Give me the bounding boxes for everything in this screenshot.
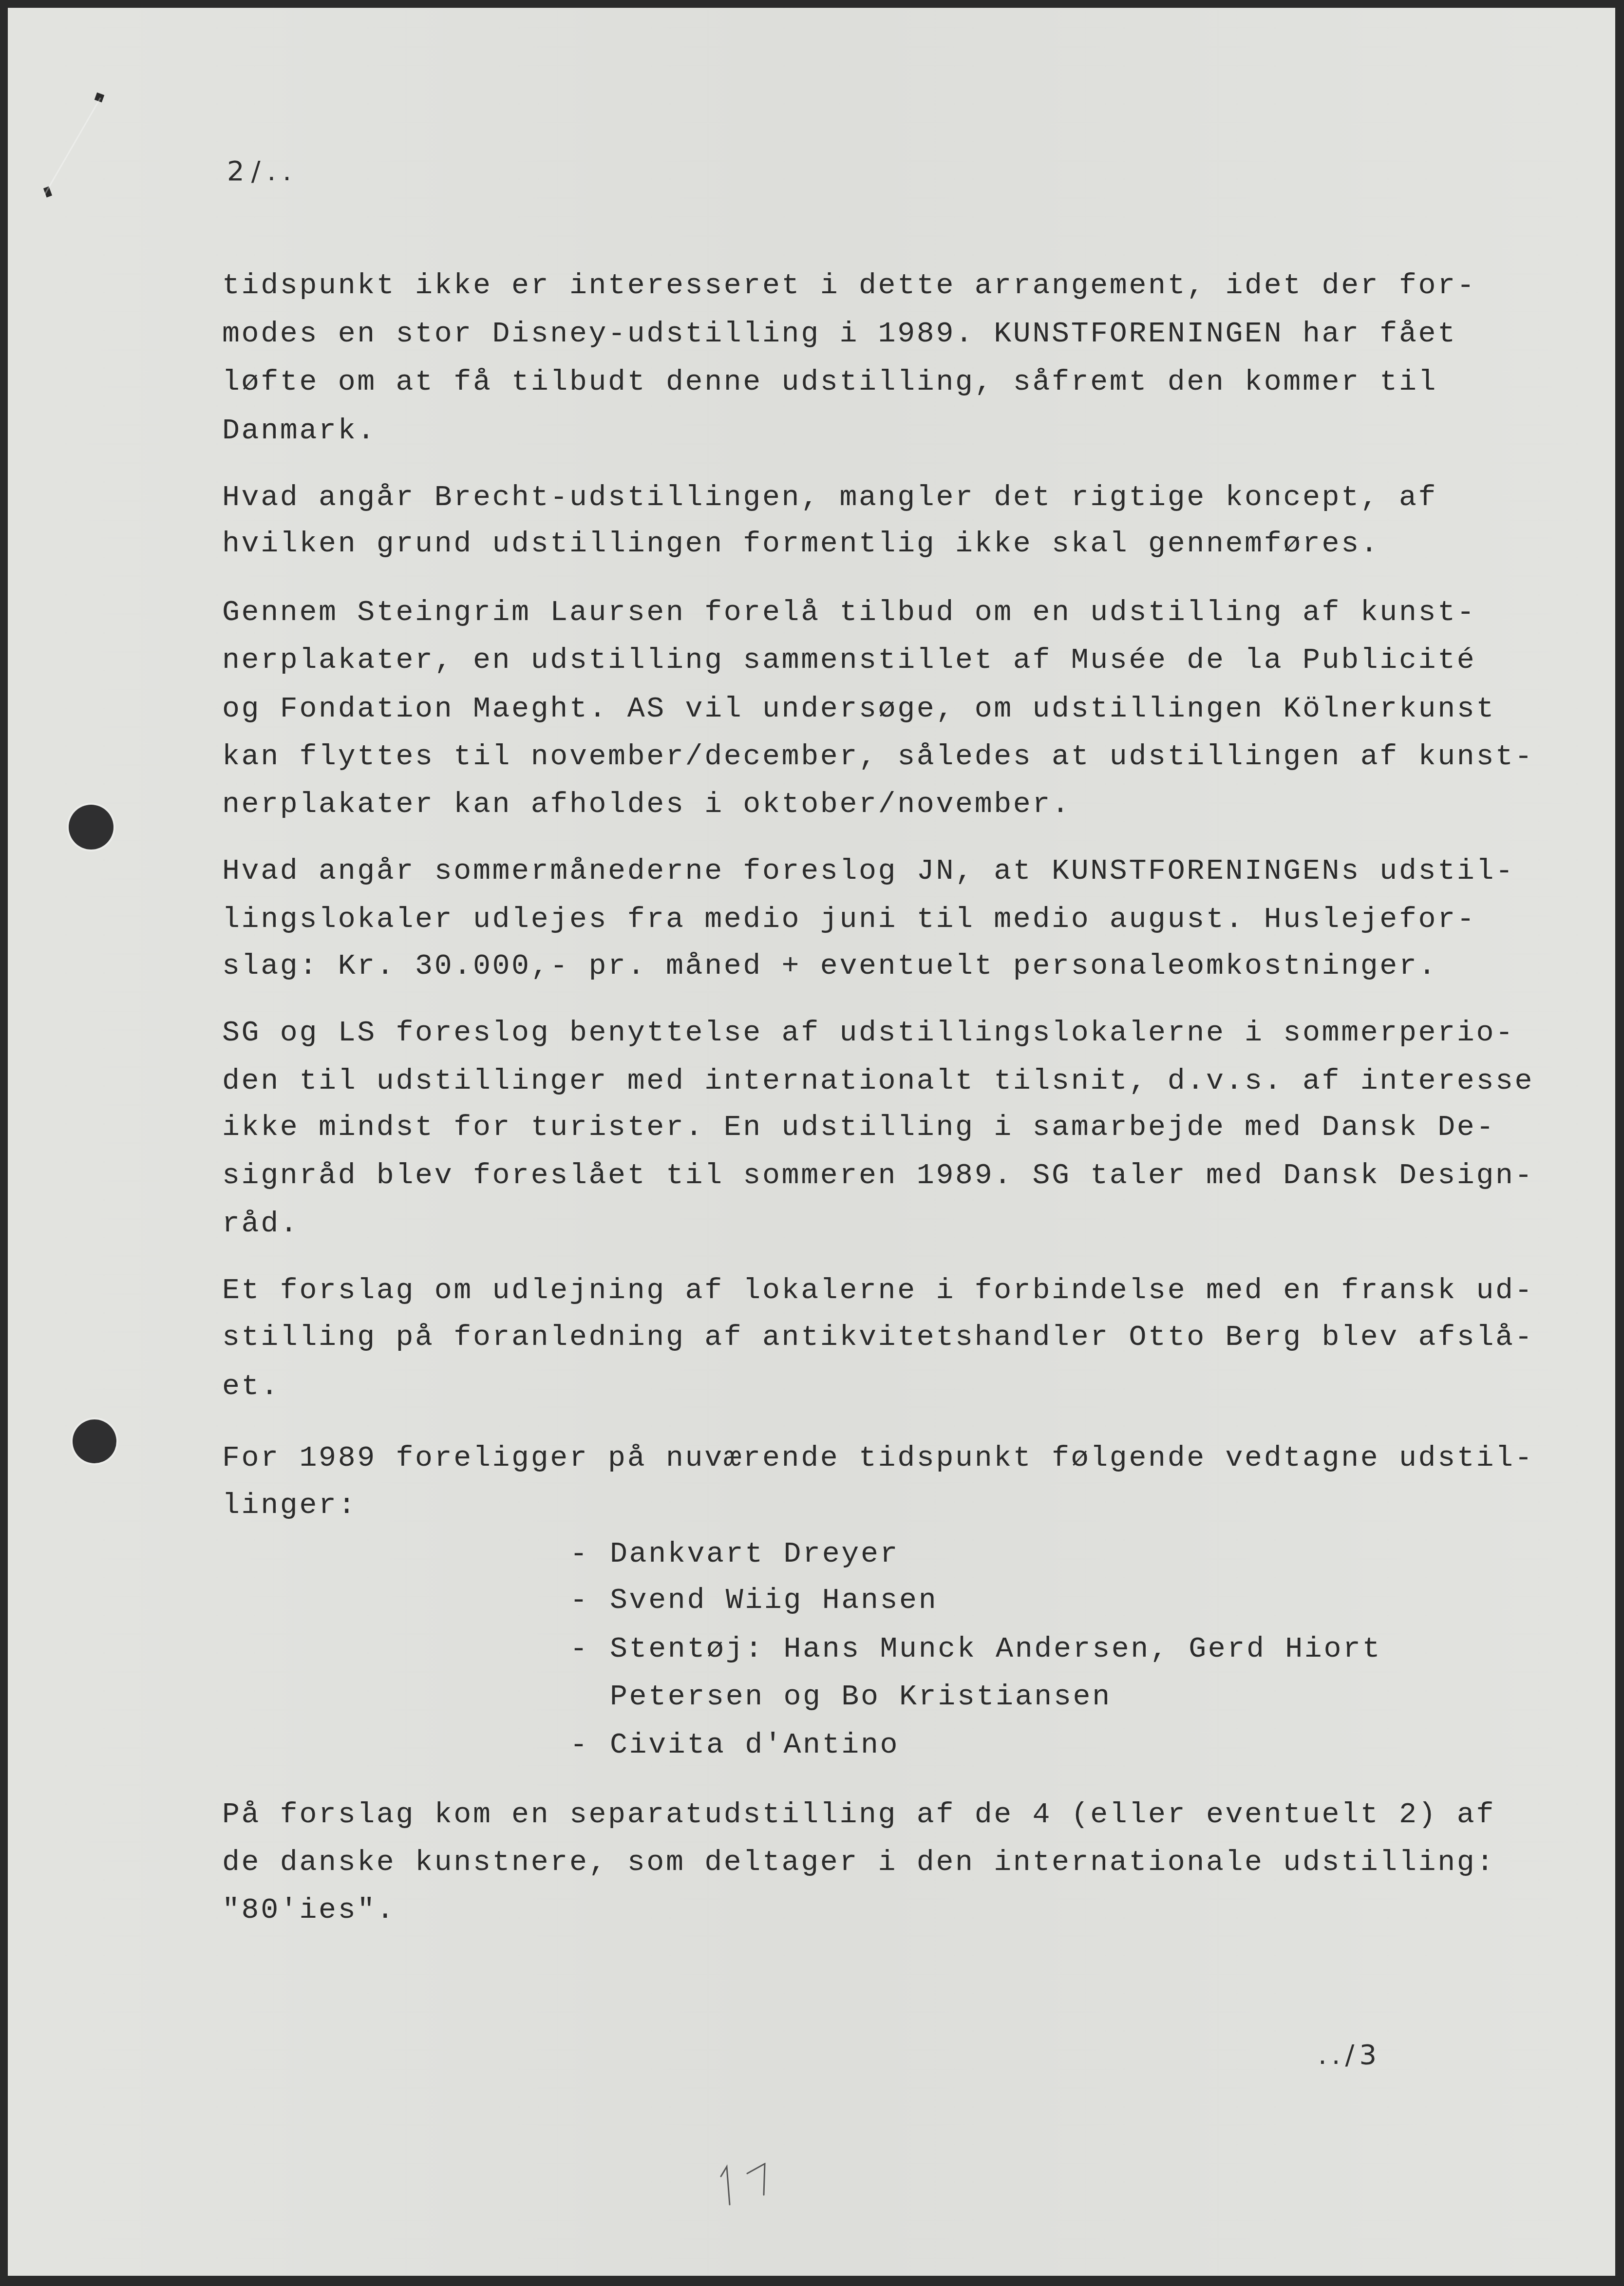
paragraph-2-line-1: Hvad angår Brecht-udstillingen, mangler …	[222, 483, 1437, 512]
paragraph-4-line-1: Hvad angår sommermånederne foreslog JN, …	[222, 857, 1515, 886]
list-item: Stentøj: Hans Munck Andersen, Gerd Hiort	[610, 1635, 1381, 1664]
punch-hole-lower	[73, 1419, 116, 1463]
closing-paragraph-line-3: "80'ies".	[222, 1896, 396, 1925]
list-item-dash: -	[570, 1731, 589, 1760]
paragraph-4-line-3: slag: Kr. 30.000,- pr. måned + eventuelt…	[222, 952, 1437, 981]
paragraph-6-line-1: Et forslag om udlejning af lokalerne i f…	[222, 1276, 1534, 1305]
paragraph-3-line-4: kan flyttes til november/december, såled…	[222, 742, 1534, 772]
paragraph-5-line-2: den til udstillinger med internationalt …	[222, 1067, 1534, 1096]
paragraph-3-line-5: nerplakater kan afholdes i oktober/novem…	[222, 790, 1071, 819]
paragraph-6-line-2: stilling på foranledning af antikvitetsh…	[222, 1323, 1534, 1352]
list-item: Dankvart Dreyer	[610, 1540, 899, 1569]
list-item-continuation: Petersen og Bo Kristiansen	[610, 1682, 1112, 1712]
closing-paragraph-line-2: de danske kunstnere, som deltager i den …	[222, 1848, 1495, 1877]
punch-hole-upper	[69, 805, 113, 850]
paragraph-5-line-3: ikke mindst for turister. En udstilling …	[222, 1113, 1495, 1142]
paragraph-7-line-2: linger:	[222, 1491, 357, 1520]
paragraph-7-line-1: For 1989 foreligger på nuværende tidspun…	[222, 1444, 1534, 1473]
handwritten-page-number: 11	[720, 2163, 769, 2207]
paragraph-3-line-2: nerplakater, en udstilling sammenstillet…	[222, 646, 1476, 675]
paragraph-2-line-2: hvilken grund udstillingen formentlig ik…	[222, 529, 1379, 559]
paragraph-5-line-5: råd.	[222, 1209, 299, 1239]
list-item-dash: -	[570, 1586, 589, 1615]
paragraph-1-line-2: modes en stor Disney-udstilling i 1989. …	[222, 320, 1457, 349]
paragraph-1-line-3: løfte om at få tilbudt denne udstilling,…	[222, 368, 1437, 397]
list-item: Civita d'Antino	[610, 1731, 899, 1760]
paragraph-6-line-3: et.	[222, 1372, 280, 1401]
paragraph-5-line-4: signråd blev foreslået til sommeren 1989…	[222, 1161, 1534, 1190]
paragraph-3-line-3: og Fondation Maeght. AS vil undersøge, o…	[222, 695, 1495, 724]
list-item: Svend Wiig Hansen	[610, 1586, 938, 1615]
paragraph-1-line-4: Danmark.	[222, 416, 377, 446]
paragraph-1-line-1: tidspunkt ikke er interesseret i dette a…	[222, 271, 1476, 301]
page-continuation-header: 2/..	[227, 157, 298, 186]
next-page-footer: ../3	[1318, 2040, 1381, 2070]
list-item-dash: -	[570, 1635, 589, 1664]
paragraph-5-line-1: SG og LS foreslog benyttelse af udstilli…	[222, 1019, 1515, 1048]
list-item-dash: -	[570, 1540, 589, 1569]
closing-paragraph-line-1: På forslag kom en separatudstilling af d…	[222, 1800, 1495, 1830]
paragraph-3-line-1: Gennem Steingrim Laursen forelå tilbud o…	[222, 598, 1476, 627]
paragraph-4-line-2: lingslokaler udlejes fra medio juni til …	[222, 905, 1476, 934]
